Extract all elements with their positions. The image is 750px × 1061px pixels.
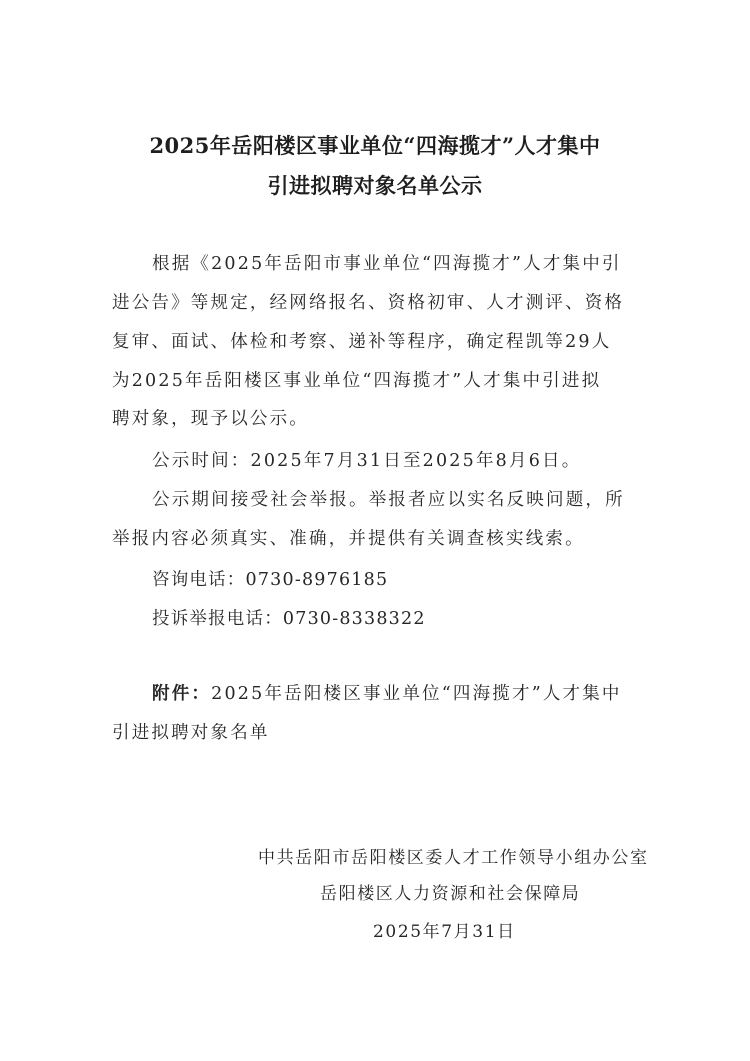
document-title-line-1: 2025年岳阳楼区事业单位“四海揽才”人才集中	[0, 130, 750, 160]
body-line: 为2025年岳阳楼区事业单位“四海揽才”人才集中引进拟	[112, 367, 642, 392]
body-line: 根据《2025年岳阳市事业单位“四海揽才”人才集中引	[152, 250, 682, 275]
attachment-title: 2025年岳阳楼区事业单位“四海揽才”人才集中	[211, 684, 622, 704]
attachment-label: 附件：	[152, 684, 211, 704]
report-line: 举报内容必须真实、准确，并提供有关调查核实线索。	[112, 525, 642, 550]
notice-period: 公示时间：2025年7月31日至2025年8月6日。	[152, 447, 682, 472]
document-title-line-2: 引进拟聘对象名单公示	[0, 170, 750, 200]
attachment-line-1: 附件：2025年岳阳楼区事业单位“四海揽才”人才集中	[152, 680, 682, 705]
body-line: 复审、面试、体检和考察、递补等程序，确定程凯等29人	[112, 328, 642, 353]
body-line: 聘对象，现予以公示。	[112, 405, 642, 430]
consult-phone: 咨询电话：0730-8976185	[152, 566, 682, 591]
attachment-line-2: 引进拟聘对象名单	[112, 719, 642, 744]
complaint-phone: 投诉举报电话：0730-8338322	[152, 605, 682, 630]
signature-org-1: 中共岳阳市岳阳楼区委人才工作领导小组办公室	[258, 843, 649, 868]
report-line: 公示期间接受社会举报。举报者应以实名反映问题，所	[152, 486, 682, 511]
signature-date: 2025年7月31日	[373, 917, 516, 942]
signature-org-2: 岳阳楼区人力资源和社会保障局	[320, 879, 580, 904]
body-line: 进公告》等规定，经网络报名、资格初审、人才测评、资格	[112, 289, 642, 314]
